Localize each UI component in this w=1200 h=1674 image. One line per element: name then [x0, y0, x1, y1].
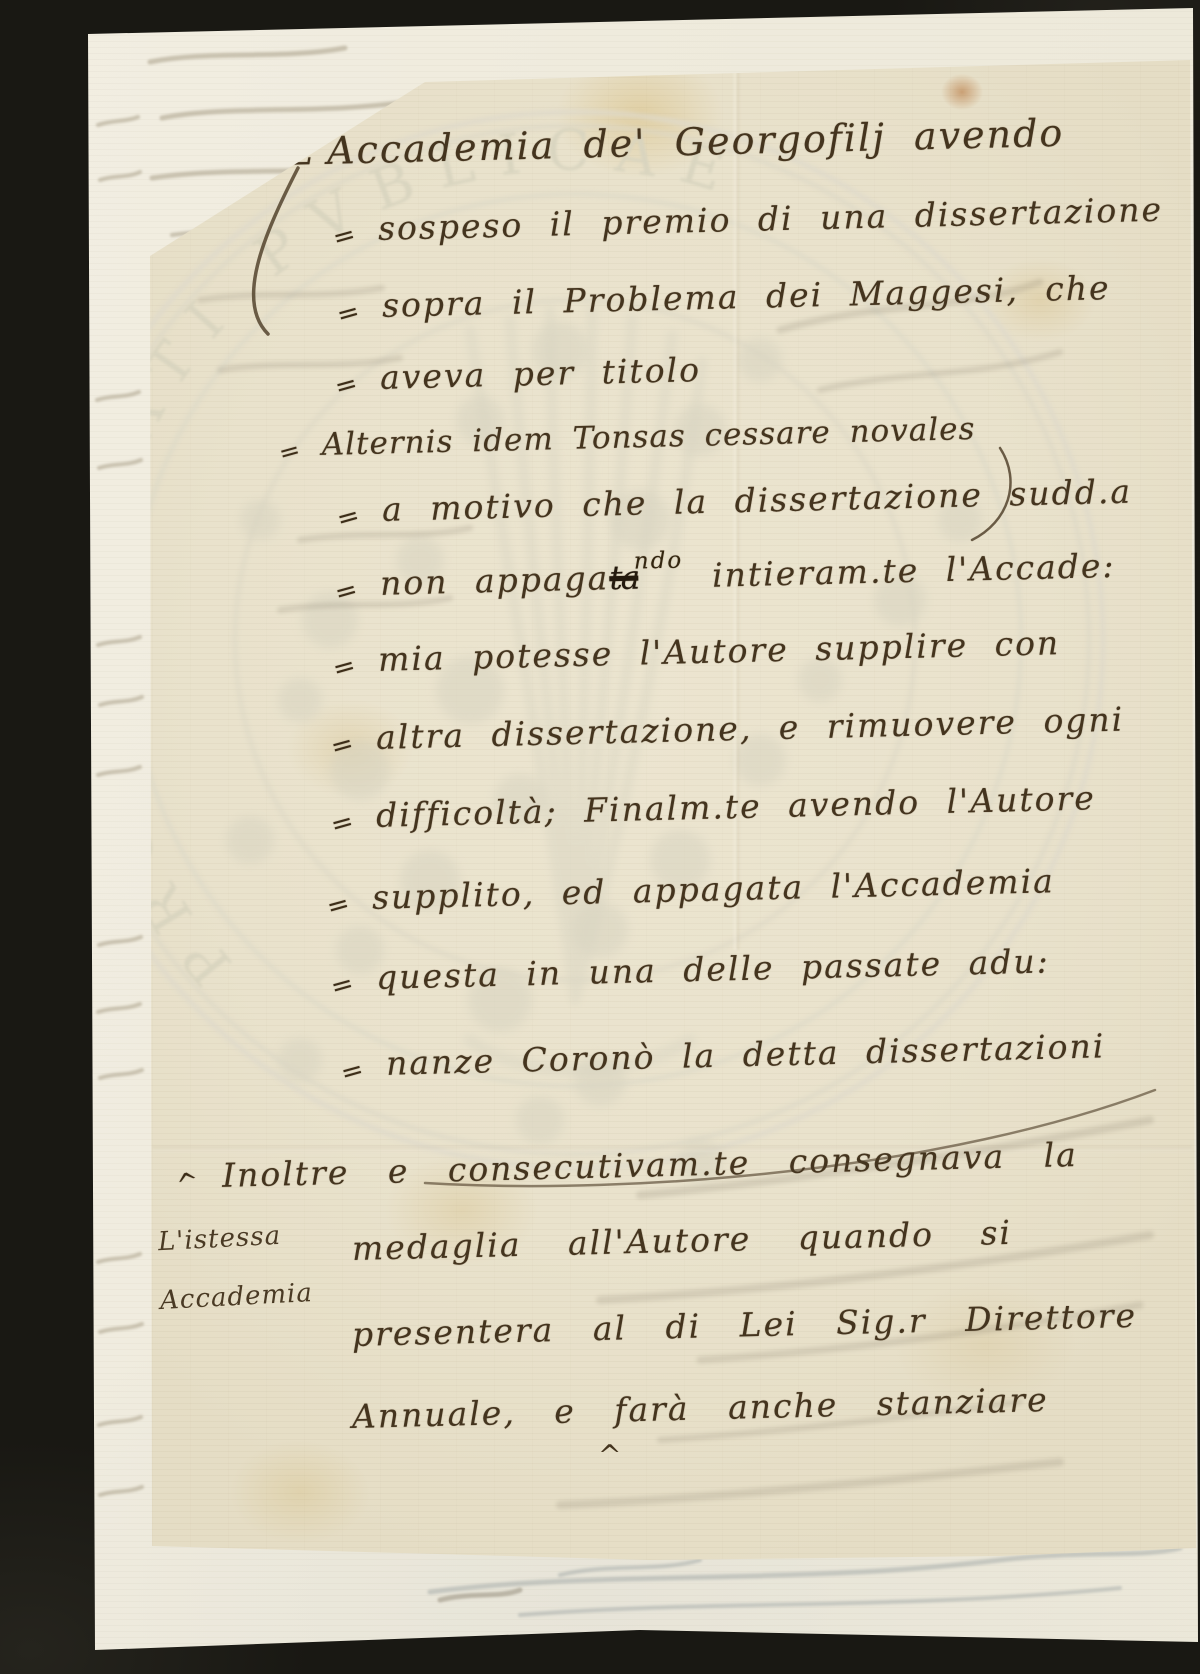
novales-flourish	[972, 448, 1011, 540]
ink-flourishes	[0, 0, 1200, 1674]
scanned-manuscript-page: PROSPERITATI PVBLICAE	[0, 0, 1200, 1674]
capital-l-flourish	[254, 168, 298, 334]
line-sweep-flourish	[425, 1090, 1155, 1186]
main-page: PROSPERITATI PVBLICAE	[0, 0, 1200, 1674]
